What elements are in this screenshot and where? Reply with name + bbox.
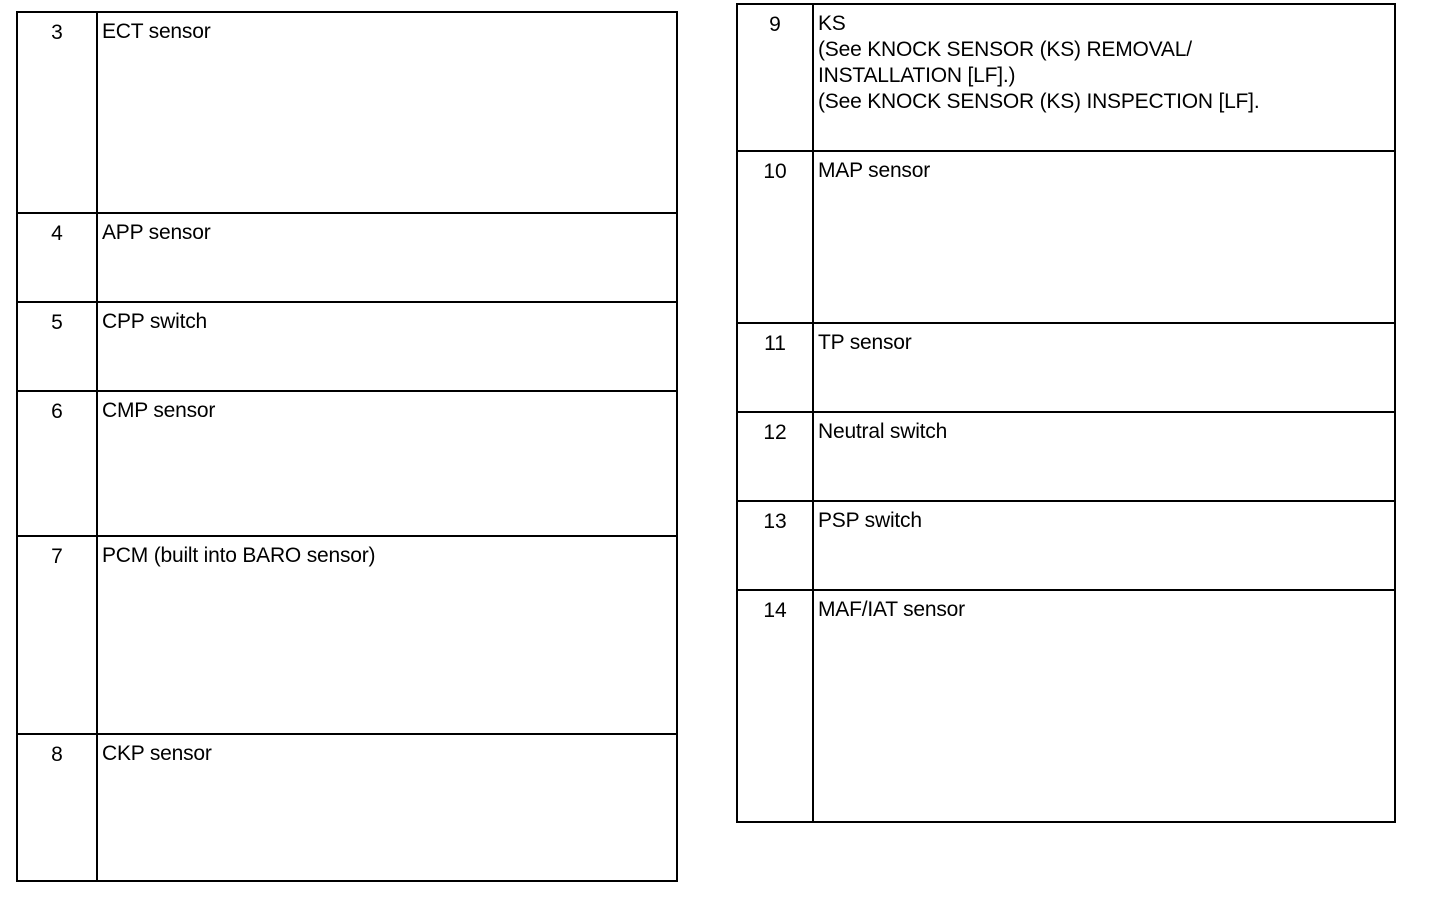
row-number: 13 [738,502,814,590]
row-description: MAF/IAT sensor [818,591,1394,623]
row-number: 9 [738,5,814,152]
row-description: MAP sensor [818,152,1394,184]
row-description: CPP switch [102,303,676,335]
component-table-left: 3 ECT sensor 4 APP sensor 5 CPP switch 6… [16,11,678,882]
row-description: ECT sensor [102,13,676,45]
table-row: 8 CKP sensor [18,733,676,880]
row-number: 5 [18,303,98,391]
row-description: Neutral switch [818,413,1394,445]
table-row: 13 PSP switch [738,500,1394,590]
table-row: 10 MAP sensor [738,150,1394,323]
table-row: 4 APP sensor [18,212,676,302]
table-row: 14 MAF/IAT sensor [738,589,1394,821]
row-number: 10 [738,152,814,323]
row-description: CMP sensor [102,392,676,424]
table-row: 12 Neutral switch [738,411,1394,501]
row-number: 4 [18,214,98,302]
table-row: 6 CMP sensor [18,390,676,536]
table-row: 3 ECT sensor [18,13,676,214]
row-number: 8 [18,735,98,880]
row-number: 11 [738,324,814,412]
table-row: 5 CPP switch [18,301,676,391]
row-description: CKP sensor [102,735,676,767]
row-number: 6 [18,392,98,536]
row-number: 3 [18,13,98,214]
row-number: 12 [738,413,814,501]
row-description: APP sensor [102,214,676,246]
component-table-right: 9 KS (See KNOCK SENSOR (KS) REMOVAL/ INS… [736,3,1396,823]
row-number: 7 [18,537,98,734]
row-description: KS (See KNOCK SENSOR (KS) REMOVAL/ INSTA… [818,5,1394,115]
table-row: 9 KS (See KNOCK SENSOR (KS) REMOVAL/ INS… [738,5,1394,152]
row-description: PSP switch [818,502,1394,534]
row-number: 14 [738,591,814,821]
table-row: 7 PCM (built into BARO sensor) [18,535,676,734]
row-description: TP sensor [818,324,1394,356]
row-description: PCM (built into BARO sensor) [102,537,676,569]
table-row: 11 TP sensor [738,322,1394,412]
